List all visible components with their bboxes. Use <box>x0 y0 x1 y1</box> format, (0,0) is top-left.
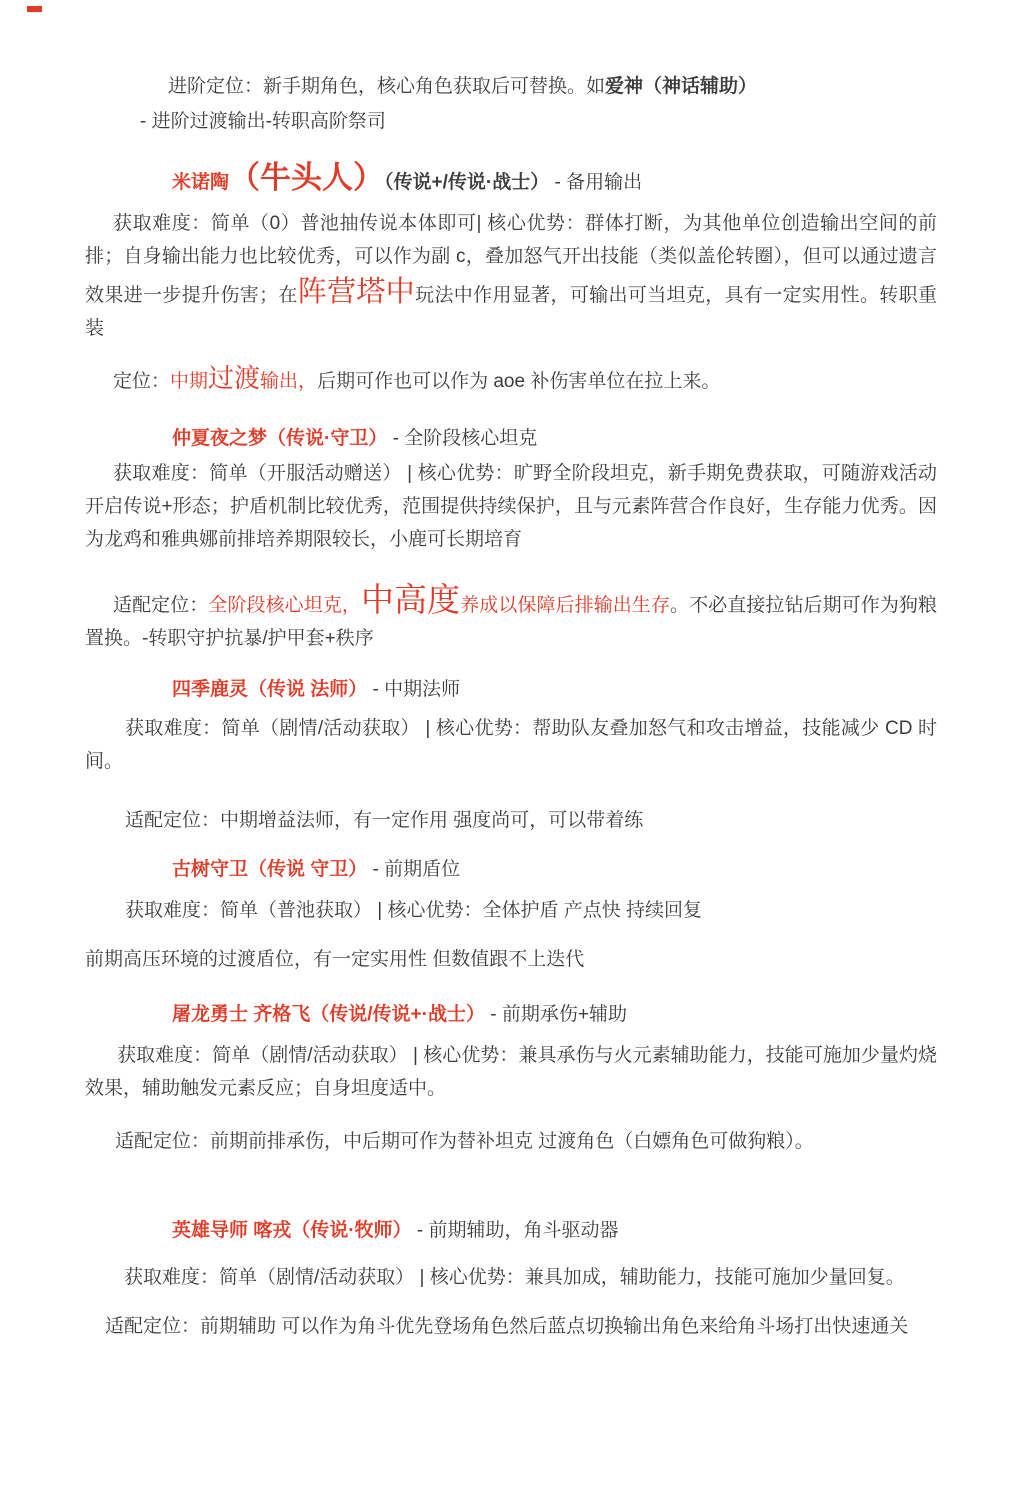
text-segment: - 前期辅助，角斗驱动器 <box>412 1220 619 1241</box>
text-segment: 适配定位：前期辅助 可以作为角斗优先登场角色然后蓝点切换输出角色来给角斗场打出快… <box>105 1316 908 1337</box>
text-segment: - 进阶过渡输出-转职高阶祭司 <box>140 111 386 132</box>
para-siegfried-position: 适配定位：前期前排承伤，中后期可作为替补坦克 过渡角色（白嫖角色可做狗粮）。 <box>108 1125 937 1158</box>
text-segment: - 备用输出 <box>549 172 642 193</box>
text-segment: 后期可作也可以作为 aoe 补伤害单位在拉上来。 <box>317 371 720 392</box>
text-segment: 四季鹿灵（传说 法师） <box>172 679 367 700</box>
text-segment: 获取难度：简单（开服活动赠送） | 核心优势：旷野全阶段坦克，新手期免费获取，可… <box>85 463 937 550</box>
para-tree-position: 前期高压环境的过渡盾位，有一定实用性 但数值跟不上迭代 <box>85 943 937 976</box>
text-segment: 前期高压环境的过渡盾位，有一定实用性 但数值跟不上迭代 <box>85 949 584 970</box>
heading-minotaur: 米诺陶（牛头人）（传说+/传说·战士） - 备用输出 <box>85 158 937 199</box>
text-segment: 全阶段核心坦克， <box>208 595 361 616</box>
para-deer-position: 适配定位：中期增益法师，有一定作用 强度尚可，可以带着练 <box>85 804 937 837</box>
text-segment: 爱神（神话辅助） <box>605 76 757 97</box>
text-segment: - 中期法师 <box>367 679 460 700</box>
text-segment: （传说+/传说·战士） <box>384 172 549 193</box>
para-midsummer-acquisition: 获取难度：简单（开服活动赠送） | 核心优势：旷野全阶段坦克，新手期免费获取，可… <box>85 457 937 556</box>
para-minotaur-acquisition: 获取难度：简单（0）普池抽传说本体即可| 核心优势：群体打断，为其他单位创造输出… <box>85 207 937 345</box>
text-segment: 米诺陶 <box>172 172 229 193</box>
text-segment: 适配定位： <box>113 595 208 616</box>
red-dash-mark <box>27 6 42 12</box>
para-advance-transition: - 进阶过渡输出-转职高阶祭司 <box>85 105 937 138</box>
para-deer-acquisition: 获取难度：简单（剧情/活动获取） | 核心优势：帮助队友叠加怒气和攻击增益，技能… <box>85 712 937 778</box>
text-segment: 过渡 <box>208 363 260 393</box>
text-segment: 定位： <box>113 371 170 392</box>
text-segment: 养成以保障后排输出生存 <box>460 595 670 616</box>
heading-ancient-tree-guard: 古树守卫（传说 守卫） - 前期盾位 <box>85 853 937 886</box>
document-body: 进阶定位：新手期角色，核心角色获取后可替换。如爱神（神话辅助）- 进阶过渡输出-… <box>85 70 937 1343</box>
para-siegfried-acquisition: 获取难度：简单（剧情/活动获取） | 核心优势：兼具承伤与火元素辅助能力，技能可… <box>85 1039 937 1105</box>
heading-four-seasons-deer: 四季鹿灵（传说 法师） - 中期法师 <box>85 673 937 706</box>
text-segment: 获取难度：简单（剧情/活动获取） | 核心优势：帮助队友叠加怒气和攻击增益，技能… <box>85 718 937 772</box>
text-segment: 英雄导师 喀戎（传说·牧师） <box>172 1220 412 1241</box>
heading-hero-mentor-chiron: 英雄导师 喀戎（传说·牧师） - 前期辅助，角斗驱动器 <box>85 1214 937 1247</box>
text-segment: 输出， <box>260 371 317 392</box>
para-tree-acquisition: 获取难度：简单（普池获取） | 核心优势：全体护盾 产点快 持续回复 <box>85 894 937 927</box>
text-segment: 阵营塔中 <box>298 276 415 308</box>
text-segment: 古树守卫（传说 守卫） <box>172 859 367 880</box>
para-advance-position: 进阶定位：新手期角色，核心角色获取后可替换。如爱神（神话辅助） <box>85 70 937 103</box>
text-segment: 屠龙勇士 齐格飞（传说/传说+·战士） <box>172 1004 485 1025</box>
text-segment: 适配定位：中期增益法师，有一定作用 强度尚可，可以带着练 <box>125 810 643 831</box>
text-segment: - 前期盾位 <box>367 859 460 880</box>
text-segment: - 全阶段核心坦克 <box>387 428 537 449</box>
text-segment: 仲夏夜之梦（传说·守卫） <box>172 428 387 449</box>
text-segment: 中期 <box>170 371 208 392</box>
para-midsummer-position: 适配定位：全阶段核心坦克，中高度养成以保障后排输出生存。不必直接拉钻后期可作为狗… <box>85 578 937 655</box>
heading-midsummer-dream: 仲夏夜之梦（传说·守卫） - 全阶段核心坦克 <box>85 422 937 455</box>
text-segment: 获取难度：简单（普池获取） | 核心优势：全体护盾 产点快 持续回复 <box>125 900 702 921</box>
para-chiron-acquisition: 获取难度：简单（剧情/活动获取） | 核心优势：兼具加成，辅助能力，技能可施加少… <box>124 1261 937 1294</box>
text-segment: 进阶定位：新手期角色，核心角色获取后可替换。如 <box>168 76 605 97</box>
para-minotaur-position: 定位：中期过渡输出，后期可作也可以作为 aoe 补伤害单位在拉上来。 <box>85 361 937 398</box>
text-segment: - 前期承伤+辅助 <box>485 1004 627 1025</box>
text-segment: 获取难度：简单（剧情/活动获取） | 核心优势：兼具承伤与火元素辅助能力，技能可… <box>85 1045 937 1099</box>
text-segment: （牛头人） <box>229 160 384 195</box>
heading-dragonslayer-siegfried: 屠龙勇士 齐格飞（传说/传说+·战士） - 前期承伤+辅助 <box>85 998 937 1031</box>
text-segment: 获取难度：简单（剧情/活动获取） | 核心优势：兼具加成，辅助能力，技能可施加少… <box>124 1267 905 1288</box>
para-chiron-position: 适配定位：前期辅助 可以作为角斗优先登场角色然后蓝点切换输出角色来给角斗场打出快… <box>85 1310 937 1343</box>
text-segment: 适配定位：前期前排承伤，中后期可作为替补坦克 过渡角色（白嫖角色可做狗粮）。 <box>115 1131 814 1152</box>
text-segment: 中高度 <box>361 581 460 618</box>
